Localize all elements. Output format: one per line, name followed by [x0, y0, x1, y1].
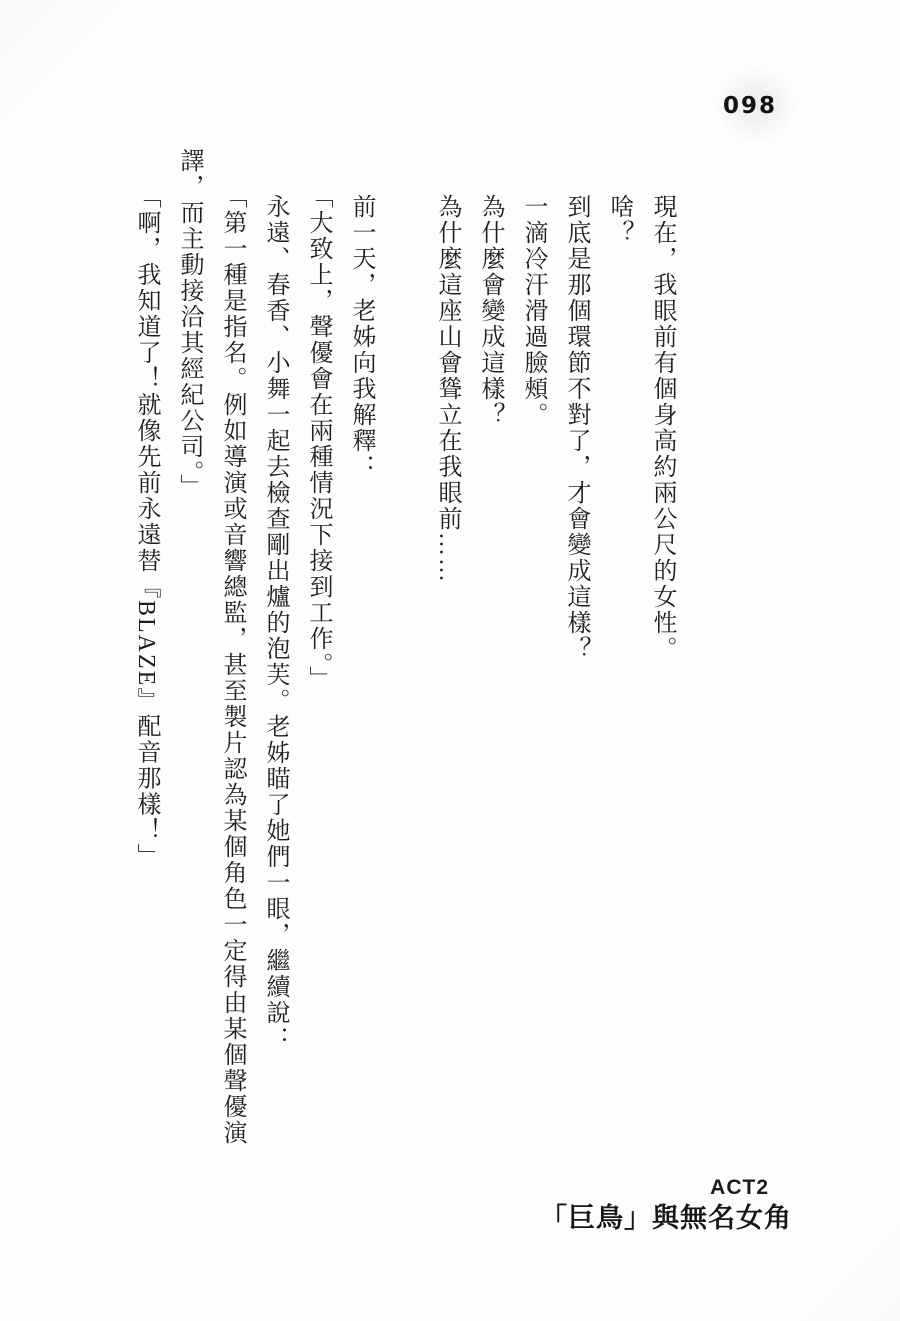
text-line-6: 為什麼這座山會聳立在我眼前……: [425, 148, 468, 1183]
text-line-1: 現在，我眼前有個身高約兩公尺的女性。: [640, 148, 683, 1183]
text-line-3: 到底是那個環節不對了，才會變成這樣？: [554, 148, 597, 1183]
text-line-11: 譯，而主動接洽其經紀公司。」: [167, 148, 210, 1183]
text-line-12: 「啊，我知道了！就像先前永遠替『BLAZE』配音那樣！」: [124, 148, 167, 1183]
page-number-halo: 098: [712, 64, 800, 146]
text-line-2: 啥？: [597, 148, 640, 1183]
text-line-8: 「大致上，聲優會在兩種情況下接到工作。」: [296, 148, 339, 1183]
book-page: 098 現在，我眼前有個身高約兩公尺的女性。啥？到底是那個環節不對了，才會變成這…: [0, 0, 900, 1321]
main-text-block: 現在，我眼前有個身高約兩公尺的女性。啥？到底是那個環節不對了，才會變成這樣？一滴…: [124, 148, 683, 1183]
text-line-10: 「第一種是指名。例如導演或音響總監，甚至製片認為某個角色一定得由某個聲優演: [210, 148, 253, 1183]
text-line-4: 一滴冷汗滑過臉頰。: [511, 148, 554, 1183]
text-line-7: 前一天，老姊向我解釋：: [339, 148, 382, 1183]
chapter-title: 「巨鳥」與無名女角: [540, 1196, 792, 1235]
text-line-9: 永遠、春香、小舞一起去檢查剛出爐的泡芙。老姊瞄了她們一眼，繼續說：: [253, 148, 296, 1183]
text-line-5: 為什麼會變成這樣？: [468, 148, 511, 1183]
page-number: 098: [723, 93, 777, 119]
